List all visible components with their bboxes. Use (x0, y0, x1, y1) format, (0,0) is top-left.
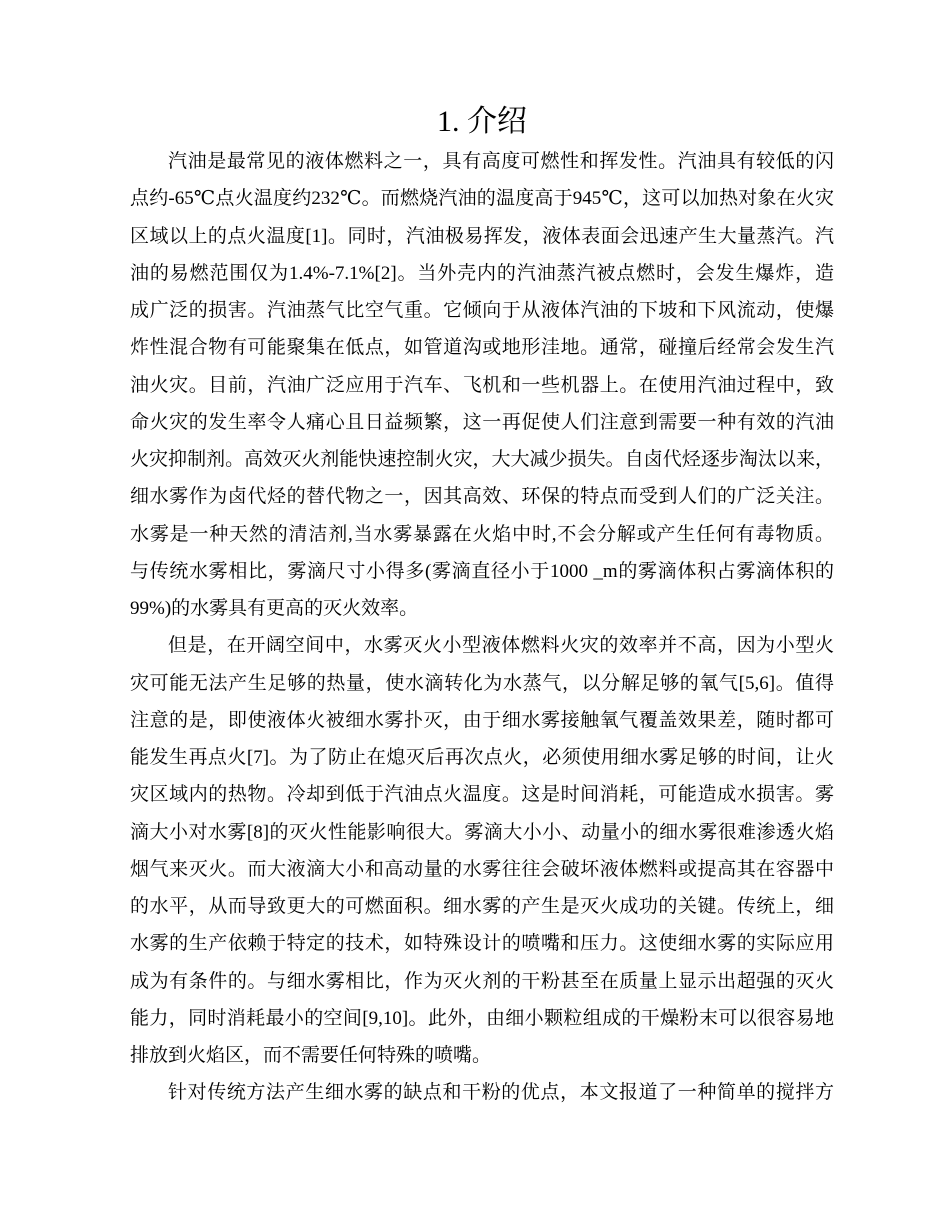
document-page: 1. 介绍 汽油是最常见的液体燃料之一，具有高度可燃性和挥发性。汽油具有较低的闪… (0, 0, 952, 1232)
text-line: 水雾是一种天然的清洁剂,当水雾暴露在火焰中时,不会分解或产生任何有毒物质。 (130, 516, 834, 553)
text-line: 滴大小对水雾[8]的灭火性能影响很大。雾滴大小小、动量小的细水雾很难渗透火焰 (130, 814, 834, 851)
text-line: 成为有条件的。与细水雾相比，作为灭火剂的干粉甚至在质量上显示出超强的灭火 (130, 963, 834, 1000)
text-line: 与传统水雾相比，雾滴尺寸小得多(雾滴直径小于1000 _m的雾滴体积占雾滴体积的 (130, 553, 834, 590)
paragraph-1: 汽油是最常见的液体燃料之一，具有高度可燃性和挥发性。汽油具有较低的闪 点约-65… (130, 143, 834, 627)
text-line: 成广泛的损害。汽油蒸气比空气重。它倾向于从液体汽油的下坡和下风流动，使爆 (130, 292, 834, 329)
text-line: 但是，在开阔空间中，水雾灭火小型液体燃料火灾的效率并不高，因为小型火 (130, 627, 834, 664)
text-line: 命火灾的发生率令人痛心且日益频繁，这一再促使人们注意到需要一种有效的汽油 (130, 404, 834, 441)
text-line: 细水雾作为卤代烃的替代物之一，因其高效、环保的特点而受到人们的广泛关注。 (130, 478, 834, 515)
text-line: 油的易燃范围仅为1.4%-7.1%[2]。当外壳内的汽油蒸汽被点燃时，会发生爆炸… (130, 255, 834, 292)
text-line: 排放到火焰区，而不需要任何特殊的喷嘴。 (130, 1037, 834, 1074)
text-line: 能发生再点火[7]。为了防止在熄灭后再次点火，必须使用细水雾足够的时间，让火 (130, 739, 834, 776)
text-line: 灾可能无法产生足够的热量，使水滴转化为水蒸气，以分解足够的氧气[5,6]。值得 (130, 665, 834, 702)
text-line: 的水平，从而导致更大的可燃面积。细水雾的产生是灭火成功的关键。传统上，细 (130, 888, 834, 925)
text-line: 炸性混合物有可能聚集在低点，如管道沟或地形洼地。通常，碰撞后经常会发生汽 (130, 329, 834, 366)
text-line: 水雾的生产依赖于特定的技术，如特殊设计的喷嘴和压力。这使细水雾的实际应用 (130, 925, 834, 962)
text-line: 灾区域内的热物。冷却到低于汽油点火温度。这是时间消耗，可能造成水损害。雾 (130, 776, 834, 813)
introduction-section: 汽油是最常见的液体燃料之一，具有高度可燃性和挥发性。汽油具有较低的闪 点约-65… (130, 143, 834, 1112)
paragraph-2: 但是，在开阔空间中，水雾灭火小型液体燃料火灾的效率并不高，因为小型火 灾可能无法… (130, 627, 834, 1074)
text-line: 汽油是最常见的液体燃料之一，具有高度可燃性和挥发性。汽油具有较低的闪 (130, 143, 834, 180)
text-line: 火灾抑制剂。高效灭火剂能快速控制火灾，大大减少损失。自卤代烃逐步淘汰以来， (130, 441, 834, 478)
text-line: 针对传统方法产生细水雾的缺点和干粉的优点，本文报道了一种简单的搅拌方 (130, 1074, 834, 1111)
text-line: 能力，同时消耗最小的空间[9,10]。此外，由细小颗粒组成的干燥粉末可以很容易地 (130, 1000, 834, 1037)
text-line: 点约-65℃点火温度约232℃。而燃烧汽油的温度高于945℃，这可以加热对象在火… (130, 180, 834, 217)
text-line: 99%)的水雾具有更高的灭火效率。 (130, 590, 834, 627)
text-line: 烟气来灭火。而大液滴大小和高动量的水雾往往会破坏液体燃料或提高其在容器中 (130, 851, 834, 888)
text-line: 区域以上的点火温度[1]。同时，汽油极易挥发，液体表面会迅速产生大量蒸汽。汽 (130, 218, 834, 255)
text-line: 注意的是，即使液体火被细水雾扑灭，由于细水雾接触氧气覆盖效果差，随时都可 (130, 702, 834, 739)
section-heading: 1. 介绍 (130, 101, 834, 143)
paragraph-3: 针对传统方法产生细水雾的缺点和干粉的优点，本文报道了一种简单的搅拌方 (130, 1074, 834, 1111)
text-line: 油火灾。目前，汽油广泛应用于汽车、飞机和一些机器上。在使用汽油过程中，致 (130, 367, 834, 404)
